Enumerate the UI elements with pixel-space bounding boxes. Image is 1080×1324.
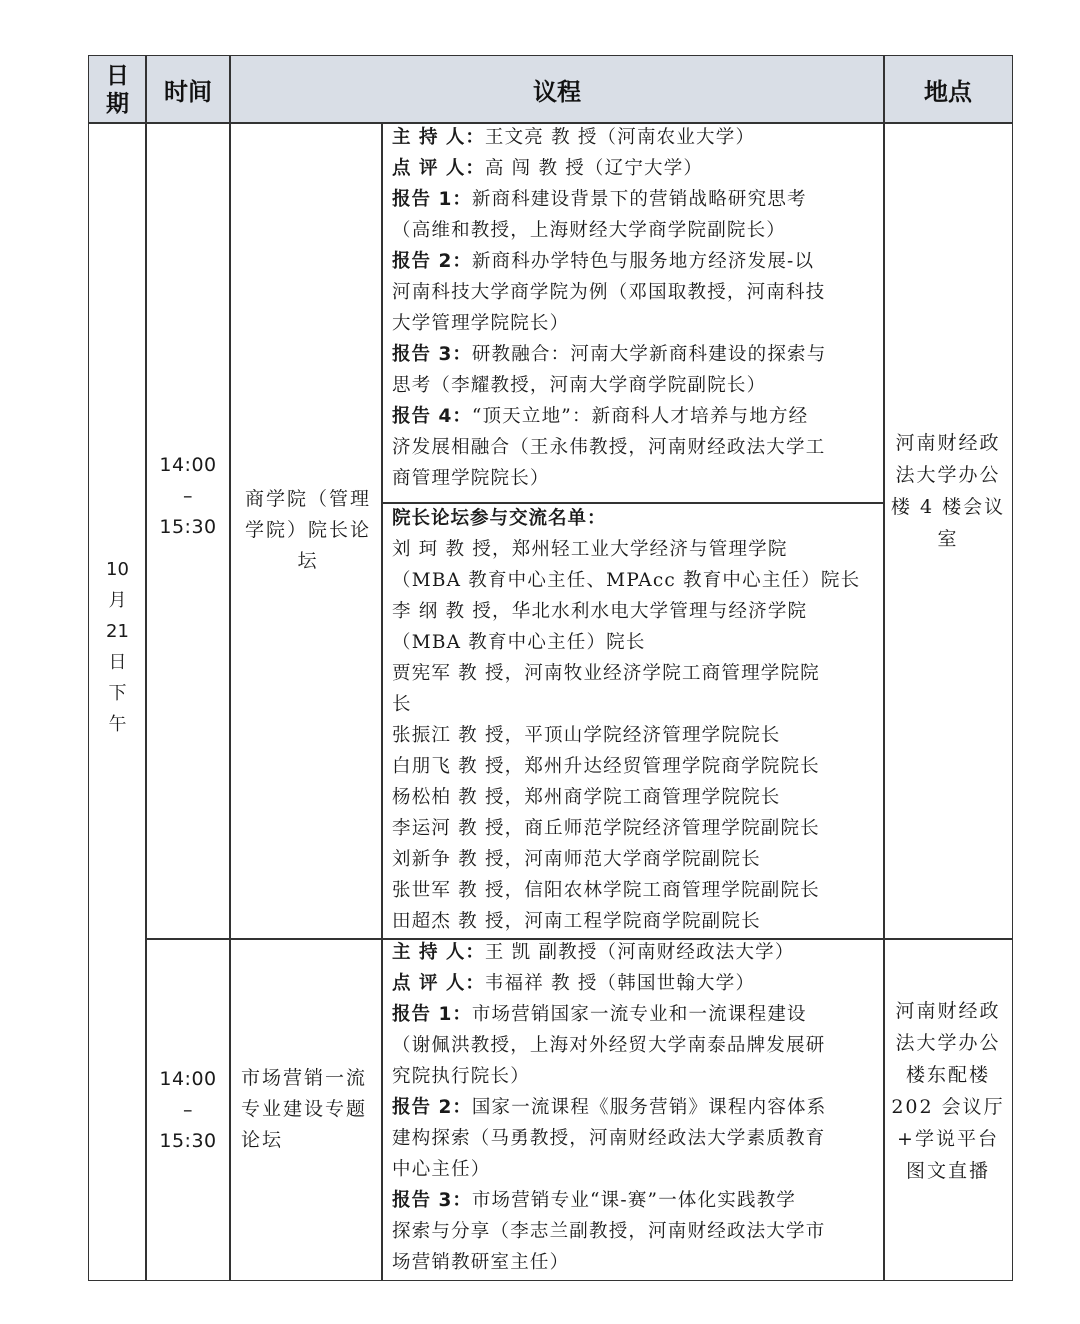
- agenda-line: 大学管理学院院长）: [392, 308, 876, 339]
- venue-line: 图文直播: [891, 1155, 1004, 1187]
- title-line: 专业建设专题: [241, 1094, 374, 1125]
- participant-line: （MBA 教育中心主任、MPAcc 教育中心主任）院长: [392, 565, 876, 596]
- participant-line: 刘新争 教 授，河南师范大学商学院副院长: [392, 844, 876, 875]
- agenda-line: 报告 2：新商科办学特色与服务地方经济发展-以: [392, 246, 876, 277]
- agenda-line: 主 持 人：王文亮 教 授（河南农业大学）: [392, 122, 876, 153]
- venue-line: 202 会议厅: [891, 1091, 1004, 1123]
- time-end: 15:30: [159, 512, 216, 543]
- venue-line: 楼 4 楼会议: [891, 491, 1005, 523]
- agenda-line: 探索与分享（李志兰副教授，河南财经政法大学市: [392, 1216, 876, 1247]
- agenda-line: 报告 1：市场营销国家一流专业和一流课程建设: [392, 999, 876, 1030]
- agenda-line: 主 持 人：王 凯 副教授（河南财经政法大学）: [392, 937, 876, 968]
- header-agenda-label: 议程: [533, 72, 581, 107]
- agenda-line: 报告 4：“顶天立地”：新商科人才培养与地方经: [392, 401, 876, 432]
- agenda-line: 究院执行院长）: [392, 1061, 876, 1092]
- venue-line: 法大学办公: [891, 459, 1005, 491]
- header-time-label: 时间: [164, 72, 212, 107]
- session-2-venue: 河南财经政 法大学办公 楼东配楼 202 会议厅 +学说平台 图文直播: [884, 940, 1012, 1280]
- header-date: 日 期: [89, 56, 146, 123]
- title-line: 市场营销一流: [241, 1063, 374, 1094]
- time-end: 15:30: [159, 1126, 216, 1157]
- agenda-line: 报告 2：国家一流课程《服务营销》课程内容体系: [392, 1092, 876, 1123]
- header-venue-label: 地点: [924, 72, 972, 107]
- participant-line: 刘 珂 教 授，郑州轻工业大学经济与管理学院: [392, 534, 876, 565]
- date-cell: 10 月 21 日 下 午: [89, 124, 146, 1280]
- session-1-title: 商学院（管理 学院）院长论 坛: [230, 124, 382, 939]
- date-month-char: 月: [109, 585, 127, 616]
- session-1-participants: 院长论坛参与交流名单： 刘 珂 教 授，郑州轻工业大学经济与管理学院 （MBA …: [382, 503, 884, 939]
- venue-line: 河南财经政: [891, 995, 1004, 1027]
- venue-line: 室: [891, 523, 1005, 555]
- participant-line: 张世军 教 授，信阳农林学院工商管理学院副院长: [392, 875, 876, 906]
- agenda-line: 中心主任）: [392, 1154, 876, 1185]
- agenda-line: 商管理学院院长）: [392, 463, 876, 494]
- agenda-line: 点 评 人：高 闯 教 授（辽宁大学）: [392, 153, 876, 184]
- agenda-line: （谢佩洪教授，上海对外经贸大学南泰品牌发展研: [392, 1030, 876, 1061]
- col-border-date: [145, 56, 147, 1280]
- participant-line: 田超杰 教 授，河南工程学院商学院副院长: [392, 906, 876, 937]
- agenda-line: 点 评 人：韦福祥 教 授（韩国世翰大学）: [392, 968, 876, 999]
- session-2-agenda: 主 持 人：王 凯 副教授（河南财经政法大学） 点 评 人：韦福祥 教 授（韩国…: [382, 937, 884, 1280]
- agenda-line: 河南科技大学商学院为例（邓国取教授，河南科技: [392, 277, 876, 308]
- header-date-char: 期: [106, 90, 129, 118]
- participant-line: 张振江 教 授，平顶山学院经济管理学院院长: [392, 720, 876, 751]
- participant-line: 白朋飞 教 授，郑州升达经贸管理学院商学院院长: [392, 751, 876, 782]
- time-start: 14:00: [159, 1064, 216, 1095]
- participant-line: 杨松柏 教 授，郑州商学院工商管理学院院长: [392, 782, 876, 813]
- venue-line: 楼东配楼: [891, 1059, 1004, 1091]
- participant-line: 李运河 教 授，商丘师范学院经济管理学院副院长: [392, 813, 876, 844]
- date-day-num: 21: [106, 616, 129, 647]
- session-1-agenda: 主 持 人：王文亮 教 授（河南农业大学） 点 评 人：高 闯 教 授（辽宁大学…: [382, 122, 884, 502]
- participant-line: （MBA 教育中心主任）院长: [392, 627, 876, 658]
- participant-line: 长: [392, 689, 876, 720]
- col-border-title: [381, 123, 383, 1280]
- header-venue: 地点: [884, 56, 1012, 123]
- agenda-line: 场营销教研室主任）: [392, 1247, 876, 1278]
- participant-line: 李 纲 教 授，华北水利水电大学管理与经济学院: [392, 596, 876, 627]
- participant-line: 贾宪军 教 授，河南牧业经济学院工商管理学院院: [392, 658, 876, 689]
- agenda-line: （高维和教授，上海财经大学商学院副院长）: [392, 215, 876, 246]
- venue-line: 河南财经政: [891, 427, 1005, 459]
- header-time: 时间: [146, 56, 230, 123]
- agenda-line: 报告 3：市场营销专业“课-赛”一体化实践教学: [392, 1185, 876, 1216]
- agenda-line: 建构探索（马勇教授，河南财经政法大学素质教育: [392, 1123, 876, 1154]
- agenda-table: 日 期 时间 议程 地点 10 月 21 日 下 午 14:00 – 15:30…: [88, 55, 1013, 1281]
- time-separator: –: [183, 481, 193, 512]
- col-border-agenda: [883, 56, 885, 1280]
- session-1-time: 14:00 – 15:30: [146, 124, 230, 939]
- venue-line: 法大学办公: [891, 1027, 1004, 1059]
- participants-title: 院长论坛参与交流名单：: [392, 503, 876, 534]
- title-line: 论坛: [241, 1125, 374, 1156]
- col-border-time: [229, 56, 231, 1280]
- time-separator: –: [183, 1095, 193, 1126]
- date-period-char: 午: [109, 709, 127, 740]
- header-bottom-border: [89, 122, 1012, 124]
- date-period-char: 下: [109, 678, 127, 709]
- agenda-line: 济发展相融合（王永伟教授，河南财经政法大学工: [392, 432, 876, 463]
- title-line: 学院）院长论: [242, 515, 374, 546]
- agenda-line: 思考（李耀教授，河南大学商学院副院长）: [392, 370, 876, 401]
- time-start: 14:00: [159, 450, 216, 481]
- title-line: 坛: [242, 546, 374, 577]
- session-1-venue: 河南财经政 法大学办公 楼 4 楼会议 室: [884, 124, 1012, 939]
- title-line: 商学院（管理: [242, 484, 374, 515]
- session-2-title: 市场营销一流 专业建设专题 论坛: [230, 940, 382, 1280]
- session-split-border: [146, 938, 1012, 940]
- agenda-line: 报告 1：新商科建设背景下的营销战略研究思考: [392, 184, 876, 215]
- header-date-char: 日: [106, 62, 129, 90]
- header-agenda: 议程: [230, 56, 884, 123]
- agenda-line: 报告 3：研教融合：河南大学新商科建设的探索与: [392, 339, 876, 370]
- date-day-char: 日: [109, 647, 127, 678]
- agenda-split-border: [382, 502, 884, 504]
- session-2-time: 14:00 – 15:30: [146, 940, 230, 1280]
- date-month-num: 10: [106, 554, 129, 585]
- venue-line: +学说平台: [891, 1123, 1004, 1155]
